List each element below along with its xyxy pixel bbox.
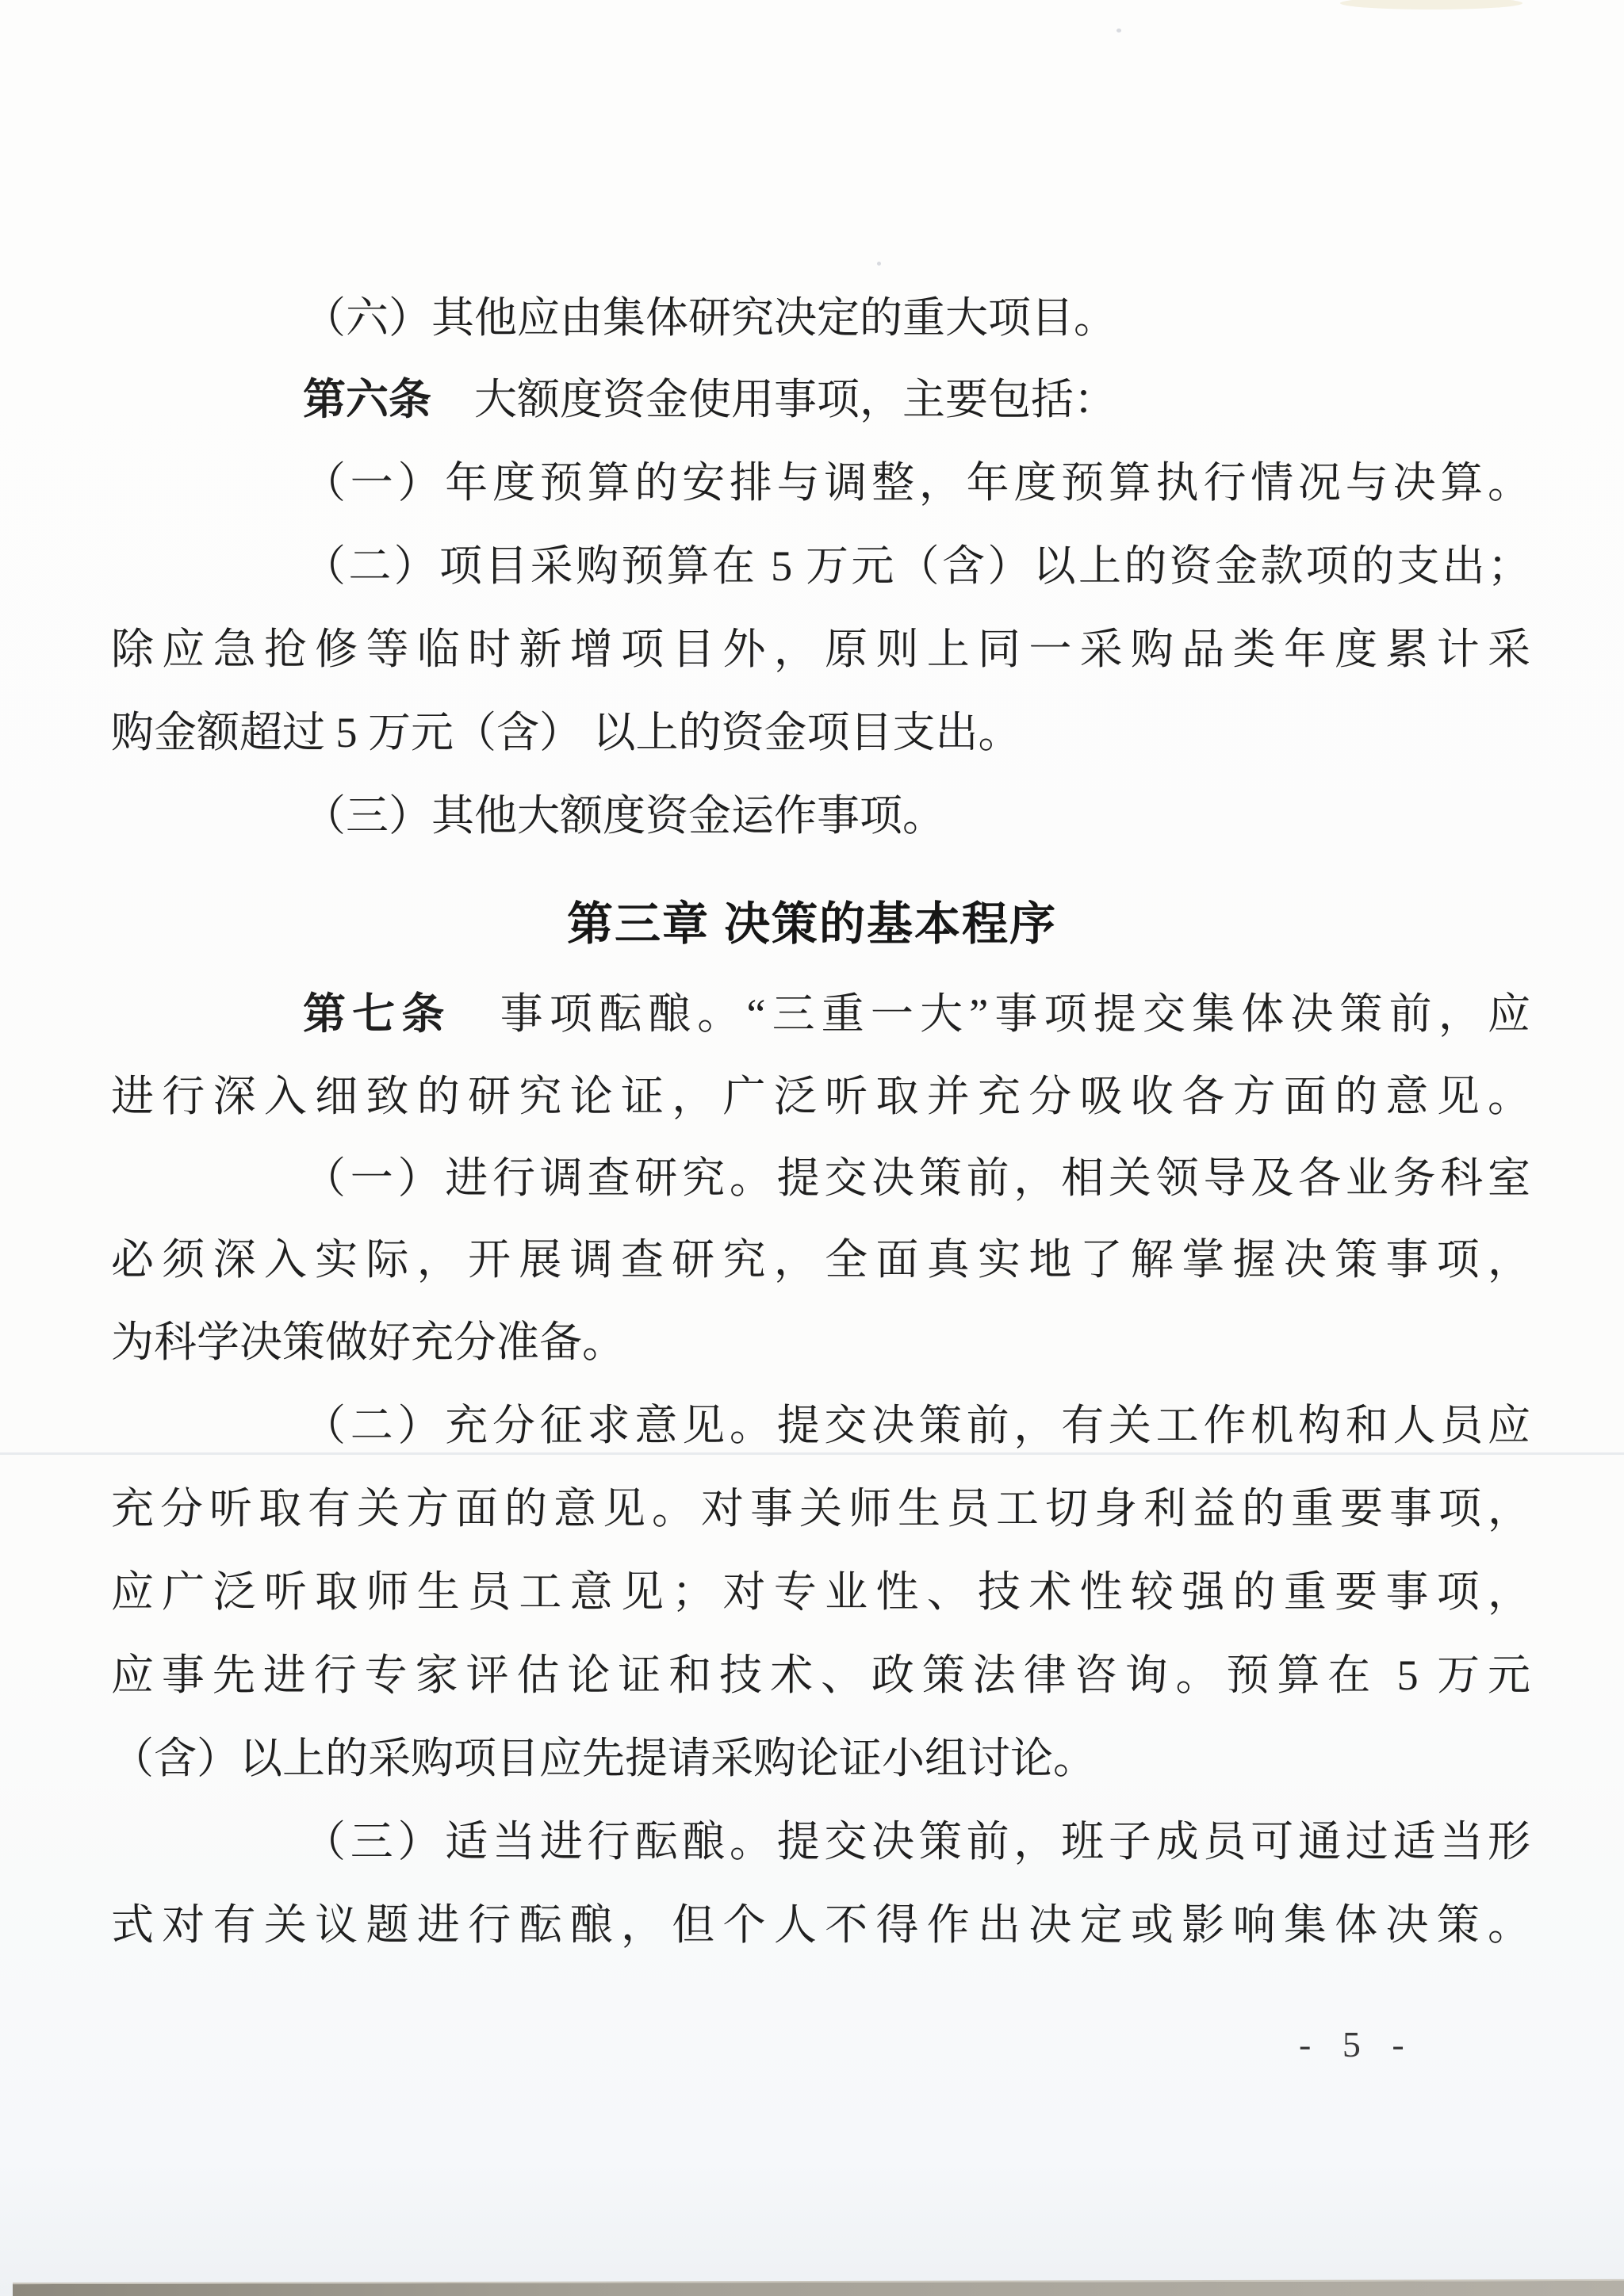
scan-edge-shadow	[13, 2279, 1624, 2296]
text-line: 必须深入实际，开展调查研究，全面真实地了解掌握决策事项，	[111, 1235, 1530, 1284]
text-line: 应广泛听取师生员工意见；对专业性、技术性较强的重要事项，	[111, 1567, 1530, 1617]
text-line-content: （三）其他大额度资金运作事项。	[303, 792, 945, 840]
text-line: 除应急抢修等临时新增项目外，原则上同一采购品类年度累计采	[111, 625, 1530, 674]
chapter-heading-text: 第三章 决策的基本程序	[567, 898, 1057, 950]
text-line-content: 应广泛听取师生员工意见；对专业性、技术性较强的重要事项，	[111, 1568, 1530, 1616]
text-line-content: 购金额超过 5 万元（含） 以上的资金项目支出。	[111, 709, 1021, 756]
text-line-content: 应事先进行专家评估论证和技术、政策法律咨询。预算在 5 万元	[111, 1651, 1530, 1699]
page-number-text: - 5 -	[1299, 2024, 1415, 2064]
text-line-content: 事项酝酿。“三重一大”事项提交集体决策前，应	[451, 990, 1531, 1038]
text-line: （一）年度预算的安排与调整，年度预算执行情况与决算。	[303, 458, 1530, 507]
text-line: （六）其他应由集体研究决定的重大项目。	[303, 293, 1116, 342]
text-line: 应事先进行专家评估论证和技术、政策法律咨询。预算在 5 万元	[111, 1651, 1530, 1700]
text-line-content: （六）其他应由集体研究决定的重大项目。	[303, 294, 1116, 342]
scan-speck	[1116, 29, 1121, 33]
text-line-content: （一）年度预算的安排与调整，年度预算执行情况与决算。	[303, 459, 1530, 507]
scan-artifact-line	[0, 1452, 1624, 1455]
text-line: 第七条 事项酝酿。“三重一大”事项提交集体决策前，应	[303, 989, 1530, 1039]
text-line-content: 式对有关议题进行酝酿，但个人不得作出决定或影响集体决策。	[111, 1901, 1530, 1949]
text-line-content: 必须深入实际，开展调查研究，全面真实地了解掌握决策事项，	[111, 1236, 1530, 1284]
article-number-bold: 第六条	[303, 376, 431, 423]
text-line-content: （含）以上的采购项目应先提请采购论证小组讨论。	[111, 1735, 1096, 1782]
text-line: （一）进行调查研究。提交决策前，相关领导及各业务科室	[303, 1154, 1530, 1203]
text-line-content: （二）项目采购预算在 5 万元（含）以上的资金款项的支出；	[303, 542, 1530, 590]
scanned-page: （六）其他应由集体研究决定的重大项目。 第六条 大额度资金使用事项，主要包括： …	[0, 0, 1624, 2296]
text-line: 为科学决策做好充分准备。	[111, 1318, 625, 1367]
page-number: - 5 -	[1299, 2023, 1415, 2065]
text-line: （二）充分征求意见。提交决策前，有关工作机构和人员应	[303, 1401, 1530, 1450]
text-line: （含）以上的采购项目应先提请采购论证小组讨论。	[111, 1734, 1096, 1783]
text-line-content: 进行深入细致的研究论证，广泛听取并充分吸收各方面的意见。	[111, 1073, 1530, 1120]
article-number-bold: 第七条	[303, 990, 451, 1038]
text-line-content: （二）充分征求意见。提交决策前，有关工作机构和人员应	[303, 1402, 1530, 1449]
text-line: 式对有关议题进行酝酿，但个人不得作出决定或影响集体决策。	[111, 1900, 1530, 1950]
text-line: 充分听取有关方面的意见。对事关师生员工切身利益的重要事项，	[111, 1484, 1530, 1533]
text-line-content: 大额度资金使用事项，主要包括：	[431, 376, 1116, 423]
text-line-content: 为科学决策做好充分准备。	[111, 1318, 625, 1366]
text-line-content: （一）进行调查研究。提交决策前，相关领导及各业务科室	[303, 1154, 1530, 1202]
scan-speck	[877, 262, 881, 266]
scan-smudge	[1340, 0, 1522, 10]
text-line: （三）适当进行酝酿。提交决策前，班子成员可通过适当形	[303, 1817, 1530, 1866]
chapter-heading: 第三章 决策的基本程序	[0, 886, 1624, 953]
text-line-content: 充分听取有关方面的意见。对事关师生员工切身利益的重要事项，	[111, 1485, 1530, 1533]
text-line: 进行深入细致的研究论证，广泛听取并充分吸收各方面的意见。	[111, 1072, 1530, 1121]
text-line: 第六条 大额度资金使用事项，主要包括：	[303, 375, 1116, 424]
text-line: （三）其他大额度资金运作事项。	[303, 791, 945, 840]
text-line-content: 除应急抢修等临时新增项目外，原则上同一采购品类年度累计采	[111, 626, 1530, 673]
text-line: 购金额超过 5 万元（含） 以上的资金项目支出。	[111, 708, 1021, 757]
text-line: （二）项目采购预算在 5 万元（含）以上的资金款项的支出；	[303, 541, 1530, 591]
text-line-content: （三）适当进行酝酿。提交决策前，班子成员可通过适当形	[303, 1818, 1530, 1865]
